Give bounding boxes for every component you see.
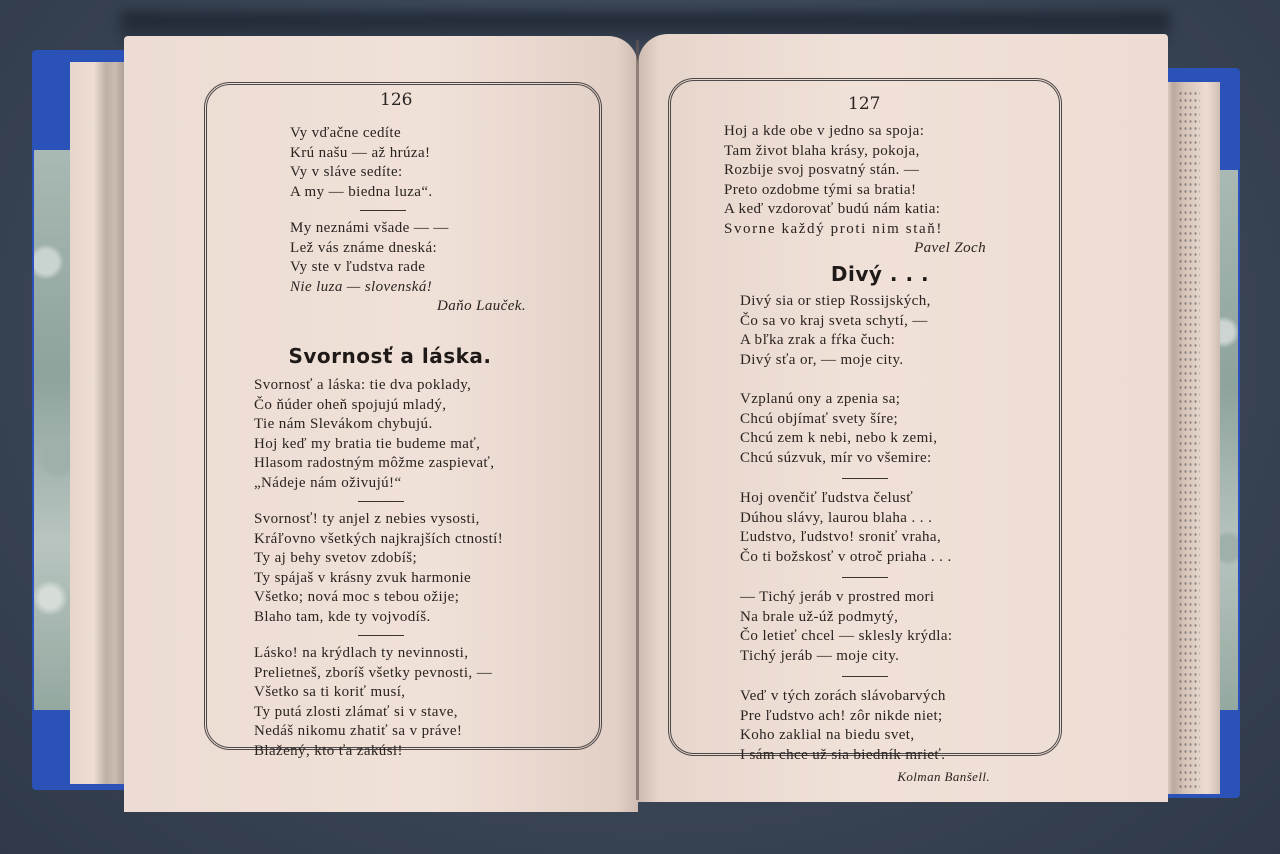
verse-line: Ty aj behy svetov zdobíš;	[254, 549, 554, 569]
verse-line: Svornosť a láska: tie dva poklady,	[254, 376, 554, 396]
verse-line: Hlasom radostným môžme zaspievať,	[254, 454, 554, 474]
verse-line: Tichý jeráb — moje city.	[740, 647, 990, 667]
signature-pavel-zoch: Pavel Zoch	[724, 239, 986, 259]
stanza-divider	[842, 577, 888, 578]
verse-line: Všetko sa ti koriť musí,	[254, 683, 554, 703]
verse-line: Lež vás známe dneská:	[290, 239, 540, 259]
verse-line: My neznámi všade — —	[290, 219, 540, 239]
verse-line: Kráľovno všetkých najkrajších ctností!	[254, 530, 554, 550]
verse-line: Preto ozdobme tými sa bratia!	[724, 181, 986, 201]
verse-line: Čo ňúder oheň spojujú mladý,	[254, 396, 554, 416]
verse-line: A bľka zrak a fŕka čuch:	[740, 331, 990, 351]
verse-line: Lásko! na krýdlach ty nevinnosti,	[254, 644, 554, 664]
verse-line: Nie luza — slovenská!	[290, 278, 540, 298]
verse-line: Veď v tých zorách slávobarvých	[740, 687, 990, 707]
verse-line: Vy v sláve sedíte:	[290, 163, 540, 183]
stanza-divider	[358, 635, 404, 636]
verse-line: Čo ti božskosť v otroč priaha . . .	[740, 548, 990, 568]
page-number-left: 126	[380, 90, 412, 110]
right-page-main-poem: Divý sia or stiep Rossijských, Čo sa vo …	[740, 292, 990, 787]
verse-line: Dúhou slávy, laurou blaha . . .	[740, 509, 990, 529]
verse-line: Blažený, kto ťa zakúsi!	[254, 742, 554, 762]
verse-line: Blaho tam, kde ty vojvodíš.	[254, 608, 554, 628]
stanza-divider	[360, 210, 406, 211]
stanza-divider	[842, 478, 888, 479]
verse-line: Divý sia or stiep Rossijských,	[740, 292, 990, 312]
verse-line: Ty spájaš v krásny zvuk harmonie	[254, 569, 554, 589]
verse-line: Rozbije svoj posvatný stán. —	[724, 161, 986, 181]
verse-line: — Tichý jeráb v prostred mori	[740, 588, 990, 608]
verse-line: Koho zaklial na biedu svet,	[740, 726, 990, 746]
book-gutter	[636, 40, 639, 800]
verse-line: Krú našu — až hrúza!	[290, 144, 540, 164]
right-page-top-poem: Hoj a kde obe v jedno sa spoja: Tam živo…	[724, 122, 986, 259]
signature-dano-laucek: Daňo Lauček.	[290, 297, 540, 317]
verse-line: Svorne každý proti nim staň!	[724, 220, 986, 240]
verse-line: Chcú súzvuk, mír vo všemire:	[740, 449, 990, 469]
verse-line: Pre ľudstvo ach! zôr nikde niet;	[740, 707, 990, 727]
page-number-right: 127	[848, 94, 880, 114]
verse-line: Hoj ovenčiť ľudstva čelusť	[740, 489, 990, 509]
verse-line: Divý sťa or, — moje city.	[740, 351, 990, 371]
verse-line: Vy vďačne cedíte	[290, 124, 540, 144]
left-page-main-poem: Svornosť a láska: tie dva poklady, Čo ňú…	[254, 376, 554, 761]
verse-line: Vy ste v ľudstva rade	[290, 258, 540, 278]
verse-line: Čo sa vo kraj sveta schytí, —	[740, 312, 990, 332]
poem-title-svornost: Svornosť a láska.	[260, 344, 520, 368]
signature-kolman-bansell: Kolman Banšell.	[740, 765, 990, 787]
verse-line: A keď vzdorovať budú nám katia:	[724, 200, 986, 220]
verse-line: Svornosť! ty anjel z nebies vysosti,	[254, 510, 554, 530]
verse-line: Všetko; nová moc s tebou ožije;	[254, 588, 554, 608]
verse-line: Čo letieť chcel — sklesly krýdla:	[740, 627, 990, 647]
verse-line: „Nádeje nám oživujú!“	[254, 474, 554, 494]
verse-line: Prelietneš, zboríš všetky pevnosti, —	[254, 664, 554, 684]
marbled-board-left	[34, 150, 74, 710]
poem-title-divy: Divý . . .	[780, 262, 980, 286]
verse-line: Hoj keď my bratia tie budeme mať,	[254, 435, 554, 455]
verse-line: Ty putá zlosti zlámať si v stave,	[254, 703, 554, 723]
verse-line: Chcú zem k nebi, nebo k zemi,	[740, 429, 990, 449]
verse-line: Ľudstvo, ľudstvo! sroniť vraha,	[740, 528, 990, 548]
verse-line: Tam život blaha krásy, pokoja,	[724, 142, 986, 162]
verse-line: I sám chce už sia biedník mrieť.	[740, 746, 990, 766]
stanza-divider	[358, 501, 404, 502]
verse-line: Hoj a kde obe v jedno sa spoja:	[724, 122, 986, 142]
verse-line: Vzplanú ony a zpenia sa;	[740, 390, 990, 410]
verse-line: Nedáš nikomu zhatiť sa v práve!	[254, 722, 554, 742]
left-page-top-poem: Vy vďačne cedíte Krú našu — až hrúza! Vy…	[290, 124, 540, 317]
speckled-edge	[1178, 90, 1200, 790]
stanza-divider	[842, 676, 888, 677]
verse-line: A my — biedna luza“.	[290, 183, 540, 203]
verse-line: Tie nám Slevákom chybujú.	[254, 415, 554, 435]
page-stack-left	[70, 62, 130, 784]
verse-line: Chcú objímať svety šíre;	[740, 410, 990, 430]
verse-line: Na brale už-úž podmytý,	[740, 608, 990, 628]
